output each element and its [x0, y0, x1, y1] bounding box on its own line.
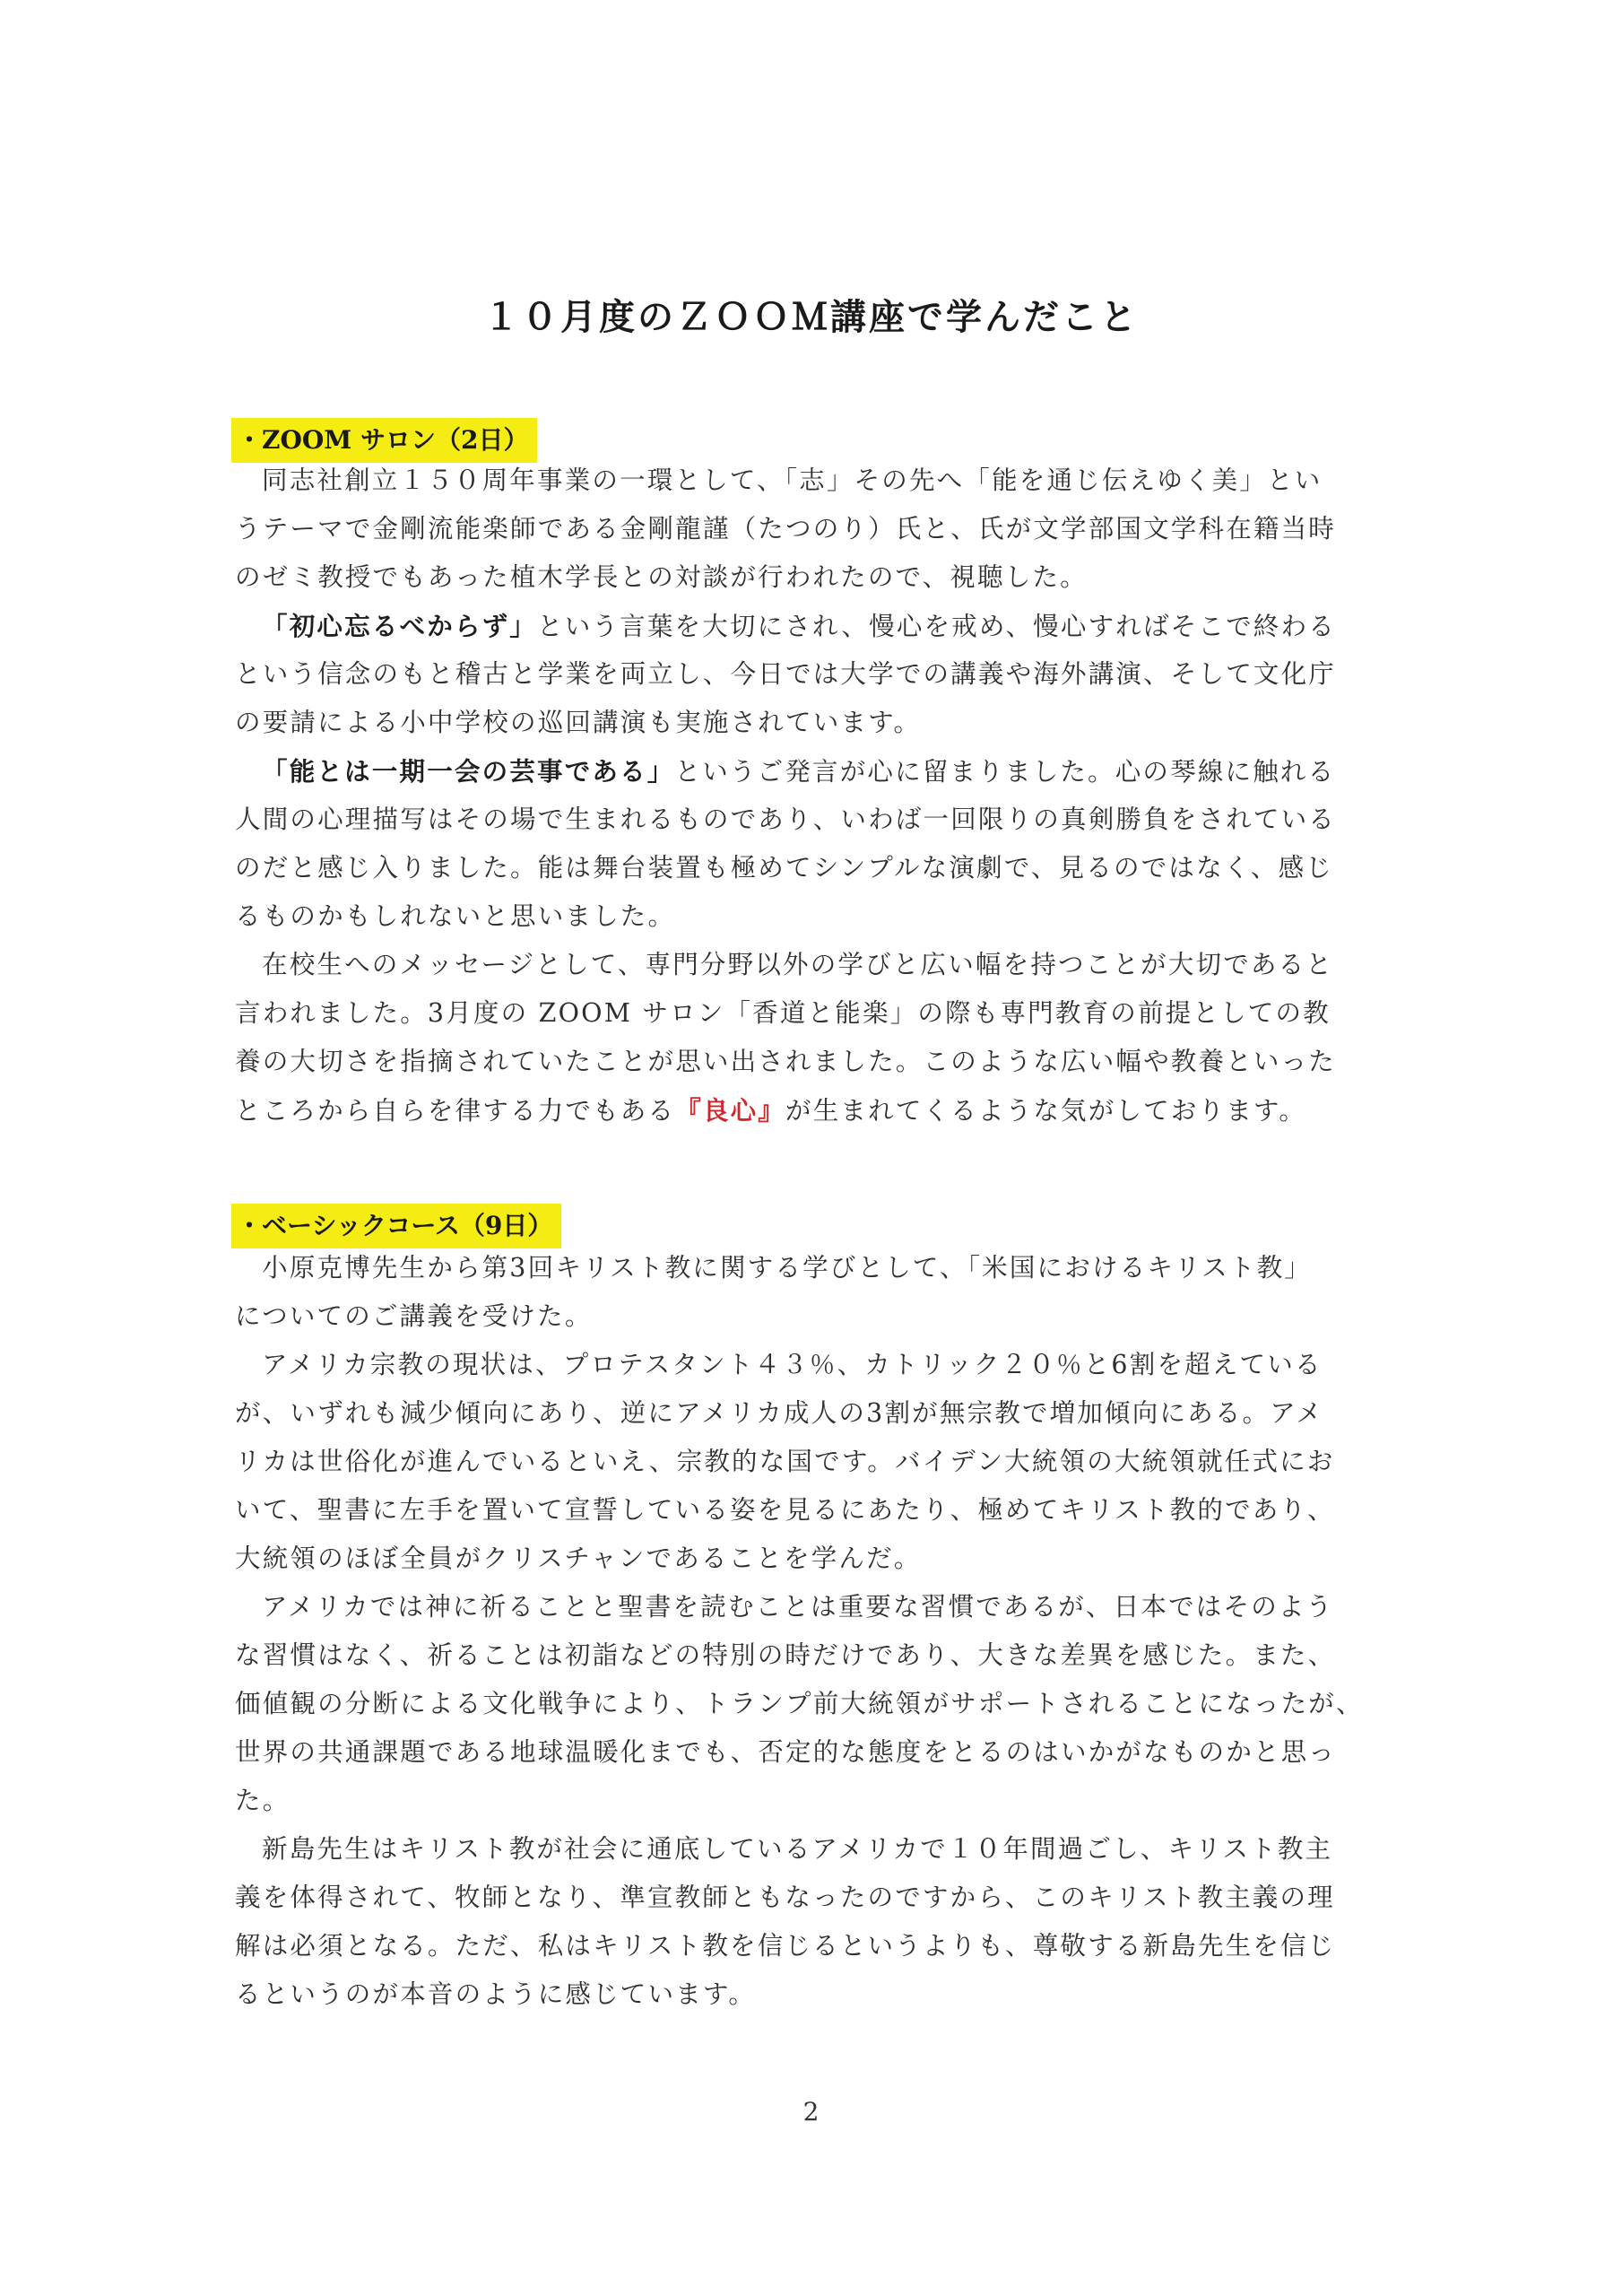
paragraph-line: 価値観の分断による文化戦争により、トランプ前大統領がサポートされることになったが… — [235, 1686, 1364, 1722]
paragraph-line: 在校生へのメッセージとして、専門分野以外の学びと広い幅を持つことが大切であると — [262, 947, 1333, 983]
paragraph-line: アメリカ宗教の現状は、プロテスタント４３％、カトリック２０％と6割を超えている — [262, 1347, 1323, 1383]
paragraph-line: 新島先生はキリスト教が社会に通底しているアメリカで１０年間過ごし、キリスト教主 — [262, 1831, 1332, 1867]
paragraph-line: 人間の心理描写はその場で生まれるものであり、いわば一回限りの真剣勝負をされている — [235, 802, 1336, 838]
paragraph-line: という信念のもと稽古と学業を両立し、今日では大学での講義や海外講演、そして文化庁 — [235, 657, 1336, 692]
paragraph-line: るというのが本音のように感じています。 — [235, 1977, 756, 2013]
paragraph-line: 養の大切さを指摘されていたことが思い出されました。このような広い幅や教養といった — [235, 1044, 1336, 1080]
page-number: 2 — [0, 2097, 1622, 2126]
section-heading-zoom-salon: ・ZOOM サロン（2日） — [231, 418, 537, 463]
paragraph-line: 同志社創立１５０周年事業の一環として、「志」その先へ「能を通じ伝えゆく美」とい — [262, 463, 1322, 499]
paragraph-line: 小原克博先生から第3回キリスト教に関する学びとして、「米国におけるキリスト教」 — [262, 1250, 1312, 1286]
paragraph-line: アメリカでは神に祈ることと聖書を読むことは重要な習慣であるが、日本ではそのよう — [262, 1589, 1333, 1625]
paragraph-line: 「能とは一期一会の芸事である」というご発言が心に留まりました。心の琴線に触れる — [262, 753, 1335, 790]
paragraph-line: 解は必須となる。ただ、私はキリスト教を信じるというよりも、尊敬する新島先生を信じ — [235, 1928, 1335, 1964]
section-heading-basic-course: ・ベーシックコース（9日） — [231, 1204, 561, 1248]
paragraph-line: いて、聖書に左手を置いて宣誓している姿を見るにあたり、極めてキリスト教的であり、 — [235, 1492, 1335, 1528]
paragraph-line: 「初心忘るべからず」という言葉を大切にされ、慢心を戒め、慢心すればそこで終わる — [262, 608, 1336, 645]
paragraph-line: 言われました。3月度の ZOOM サロン「香道と能楽」の際も専門教育の前提として… — [235, 996, 1331, 1031]
paragraph-line: についてのご講義を受けた。 — [235, 1299, 593, 1335]
paragraph-line: るものかもしれないと思いました。 — [235, 899, 675, 935]
paragraph-line: 世界の共通課題である地球温暖化までも、否定的な態度をとるのはいかがなものかと思っ — [235, 1735, 1336, 1770]
paragraph-line: た。 — [235, 1783, 290, 1819]
paragraph-line: 義を体得されて、牧師となり、準宣教師ともなったのですから、このキリスト教主義の理 — [235, 1880, 1335, 1916]
emphasis-quote: 「能とは一期一会の芸事である」 — [262, 756, 675, 787]
document-page: １０月度のＺＯＯＭ講座で学んだこと ・ZOOM サロン（2日） 同志社創立１５０… — [0, 0, 1622, 2296]
paragraph-line: ところから自らを律する力でもある『良心』が生まれてくるような気がしております。 — [235, 1092, 1306, 1129]
emphasis-red-conscience: 『良心』 — [675, 1095, 785, 1126]
paragraph-line: 大統領のほぼ全員がクリスチャンであることを学んだ。 — [235, 1541, 922, 1577]
emphasis-quote: 「初心忘るべからず」 — [262, 611, 537, 641]
paragraph-line: リカは世俗化が進んでいるといえ、宗教的な国です。バイデン大統領の大統領就任式にお — [235, 1444, 1335, 1480]
paragraph-line: のだと感じ入りました。能は舞台装置も極めてシンプルな演劇で、見るのではなく、感じ — [235, 850, 1333, 886]
paragraph-line: な習慣はなく、祈ることは初詣などの特別の時だけであり、大きな差異を感じた。また、 — [235, 1638, 1335, 1674]
paragraph-line: が、いずれも減少傾向にあり、逆にアメリカ成人の3割が無宗教で増加傾向にある。アメ — [235, 1396, 1323, 1431]
paragraph-line: のゼミ教授でもあった植木学長との対談が行われたので、視聴した。 — [235, 560, 1088, 596]
paragraph-line: うテーマで金剛流能楽師である金剛龍謹（たつのり）氏と、氏が文学部国文学科在籍当時 — [235, 511, 1336, 547]
paragraph-line: の要請による小中学校の巡回講演も実施されています。 — [235, 705, 921, 741]
document-title: １０月度のＺＯＯＭ講座で学んだこと — [0, 289, 1622, 340]
